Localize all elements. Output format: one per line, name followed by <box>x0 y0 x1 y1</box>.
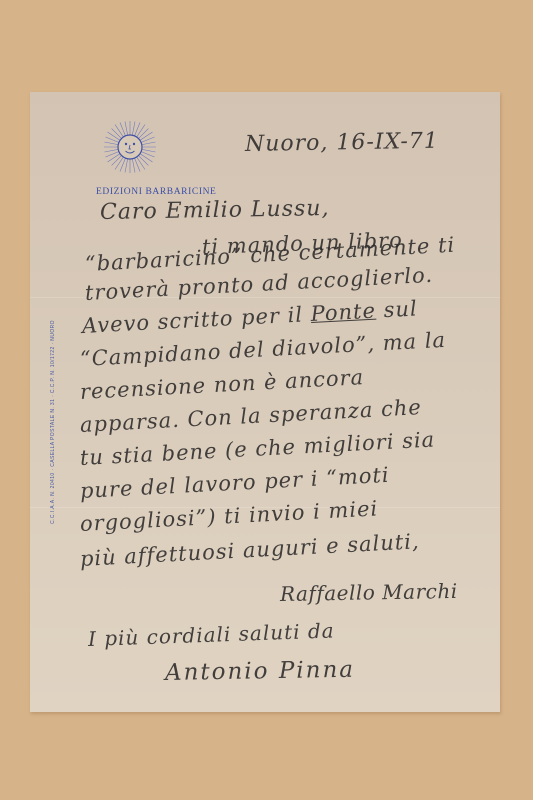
letter-body-line: orgogliosi”) ti invio i miei <box>79 496 378 536</box>
underlined-word: Ponte <box>310 299 376 326</box>
letter-postscript: I più cordiali saluti da <box>88 618 335 651</box>
letter-body-line: più affettuosi auguri e saluti, <box>79 529 420 571</box>
letter-sheet: EDIZIONI BARBARICINE C.C.I.A.A. N. 20410… <box>30 92 500 712</box>
sun-face-emblem-icon <box>103 120 157 174</box>
letterhead-address: C.C.I.A.A. N. 20410 · CASELLA POSTALE N.… <box>50 320 56 524</box>
letter-body-line: recensione non è ancora <box>79 365 364 404</box>
signature-antonio-pinna: Antonio Pinna <box>165 657 355 686</box>
letter-date: Nuoro, 16-IX-71 <box>245 129 439 157</box>
letter-salutation: Caro Emilio Lussu, <box>100 196 330 225</box>
signature-raffaello-marchi: Raffaello Marchi <box>280 579 458 606</box>
publisher-name: EDIZIONI BARBARICINE <box>96 187 216 197</box>
letterhead-side-text: C.C.I.A.A. N. 20410 · CASELLA POSTALE N.… <box>48 92 58 712</box>
letter-body-line: pure del lavoro per i “moti <box>79 463 390 503</box>
scan-background: EDIZIONI BARBARICINE C.C.I.A.A. N. 20410… <box>0 0 533 800</box>
